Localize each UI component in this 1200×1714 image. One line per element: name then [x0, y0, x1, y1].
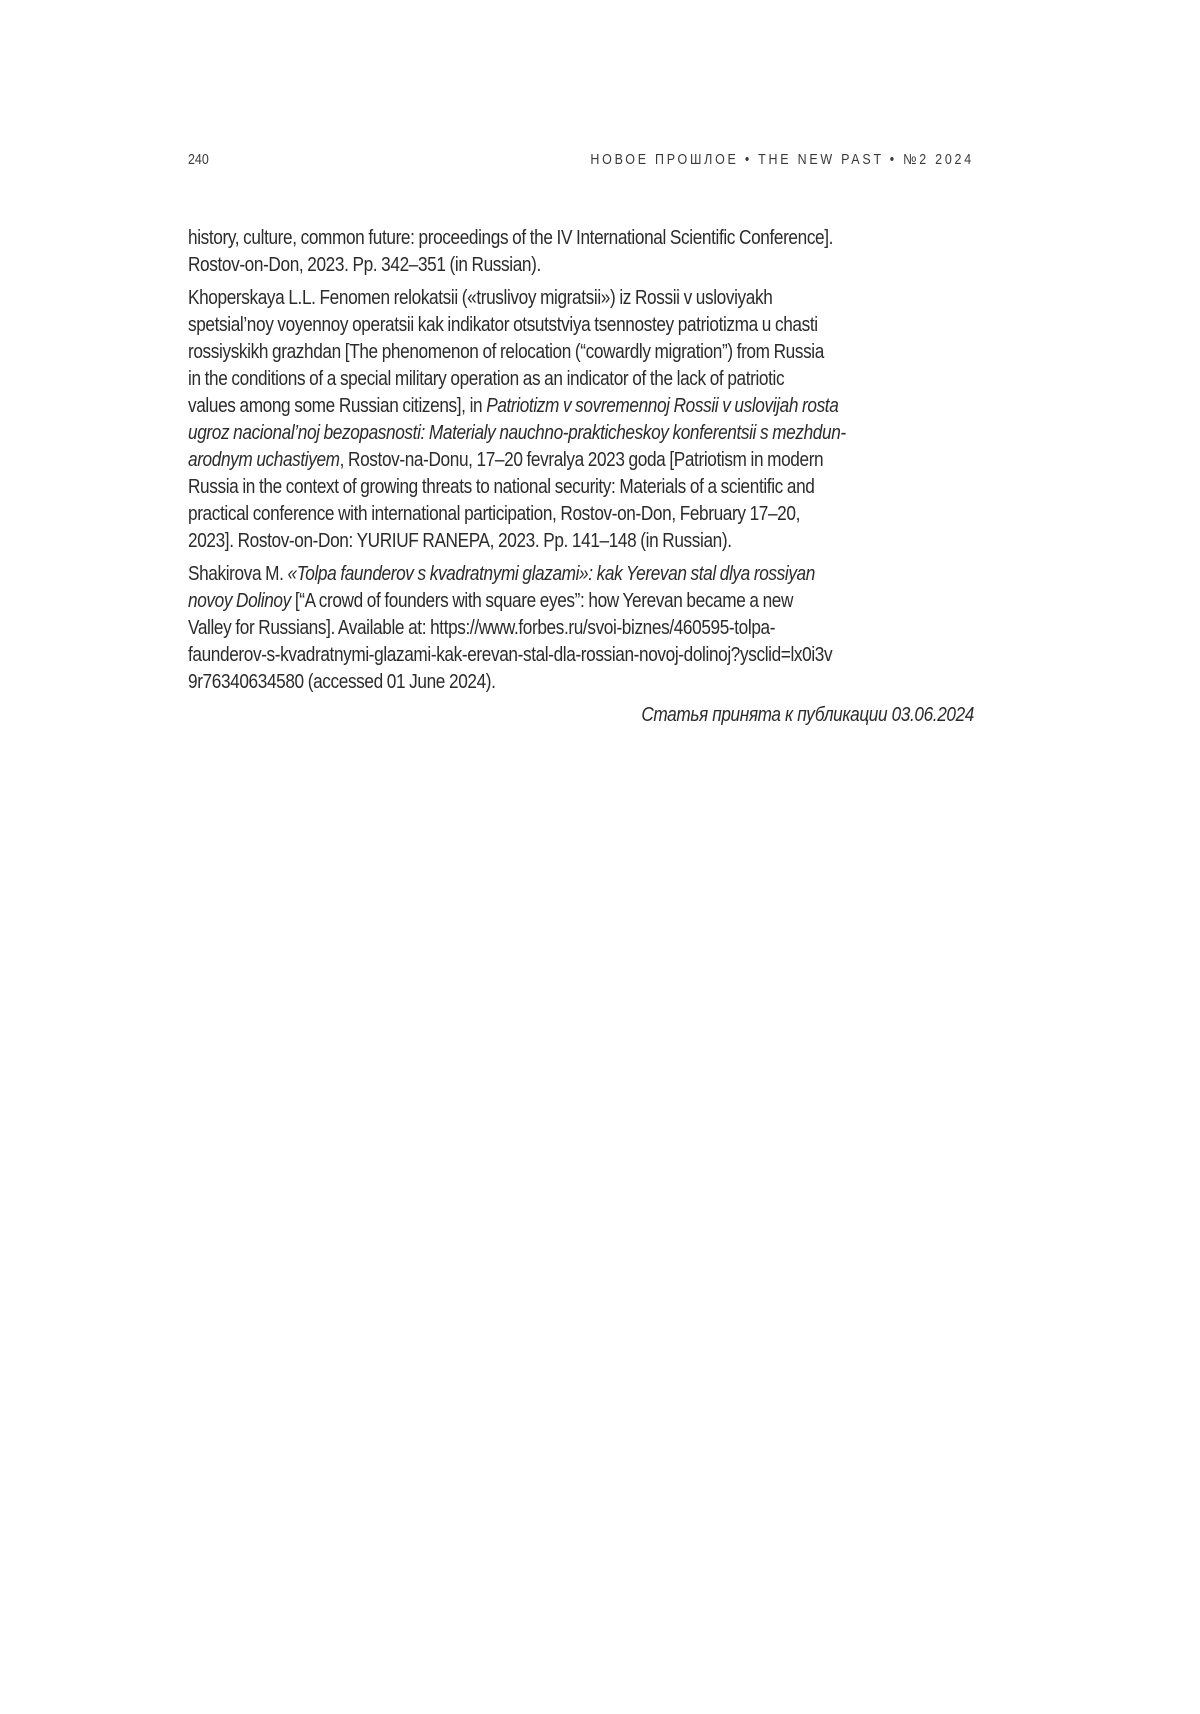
reference-text: rossiyskikh grazhdan [The phenomenon of … [188, 340, 824, 363]
reference-line: in the conditions of a special military … [188, 365, 848, 392]
running-header: 240 НОВОЕ ПРОШЛОЕ • THE NEW PAST • №2 20… [188, 152, 974, 172]
reference-text: Russia in the context of growing threats… [188, 475, 814, 498]
reference-line: Russia in the context of growing threats… [188, 473, 848, 500]
reference-line: ugroz nacional’noj bezopasnosti: Materia… [188, 419, 848, 446]
page-number: 240 [188, 152, 209, 168]
reference-line: history, culture, common future: proceed… [188, 224, 848, 251]
reference-text: practical conference with international … [188, 502, 800, 525]
document-page: 240 НОВОЕ ПРОШЛОЕ • THE NEW PAST • №2 20… [0, 0, 1200, 1714]
reference-text: Khoperskaya L.L. Fenomen relokatsii («tr… [188, 286, 772, 309]
reference-text: values among some Russian citizens], in [188, 394, 486, 417]
references-list: history, culture, common future: proceed… [188, 224, 974, 728]
reference-entry-khoperskaya: Khoperskaya L.L. Fenomen relokatsii («tr… [188, 284, 974, 554]
reference-line: Valley for Russians]. Available at: http… [188, 614, 848, 641]
reference-line: Rostov-on-Don, 2023. Pp. 342–351 (in Rus… [188, 251, 848, 278]
reference-text: Shakirova M. [188, 562, 288, 585]
reference-text: [“A crowd of founders with square eyes”:… [291, 589, 793, 612]
italic-title-text: novoy Dolinoy [188, 589, 291, 612]
reference-line: values among some Russian citizens], in … [188, 392, 848, 419]
reference-line: Shakirova M. «Tolpa faunderov s kvadratn… [188, 560, 848, 587]
reference-text: 9r76340634580 (accessed 01 June 2024). [188, 670, 496, 693]
reference-entry-continued: history, culture, common future: proceed… [188, 224, 974, 278]
italic-title-text: arodnym uchastiyem [188, 448, 340, 471]
reference-entry-shakirova: Shakirova M. «Tolpa faunderov s kvadratn… [188, 560, 974, 695]
reference-line: rossiyskikh grazhdan [The phenomenon of … [188, 338, 848, 365]
reference-line: arodnym uchastiyem, Rostov-na-Donu, 17–2… [188, 446, 848, 473]
reference-line: 2023]. Rostov-on-Don: YURIUF RANEPA, 202… [188, 527, 848, 554]
reference-text: , Rostov-na-Donu, 17–20 fevralya 2023 go… [340, 448, 824, 471]
reference-text: Rostov-on-Don, 2023. Pp. 342–351 (in Rus… [188, 253, 541, 276]
reference-line: practical conference with international … [188, 500, 848, 527]
italic-title-text: Patriotizm v sovremennoj Rossii v uslovi… [486, 394, 838, 417]
reference-line: novoy Dolinoy [“A crowd of founders with… [188, 587, 848, 614]
reference-line: 9r76340634580 (accessed 01 June 2024). [188, 668, 848, 695]
reference-line: spetsial’noy voyennoy operatsii kak indi… [188, 311, 848, 338]
italic-title-text: «Tolpa faunderov s kvadratnymi glazami»:… [288, 562, 815, 585]
reference-text: Valley for Russians]. Available at: http… [188, 616, 775, 639]
reference-text: spetsial’noy voyennoy operatsii kak indi… [188, 313, 818, 336]
italic-title-text: ugroz nacional’noj bezopasnosti: Materia… [188, 421, 846, 444]
reference-line: faunderov-s-kvadratnymi-glazami-kak-erev… [188, 641, 848, 668]
reference-line: Khoperskaya L.L. Fenomen relokatsii («tr… [188, 284, 848, 311]
acceptance-note: Статья принята к публикации 03.06.2024 [314, 701, 974, 728]
reference-text: 2023]. Rostov-on-Don: YURIUF RANEPA, 202… [188, 529, 732, 552]
reference-text: faunderov-s-kvadratnymi-glazami-kak-erev… [188, 643, 832, 666]
reference-text: history, culture, common future: proceed… [188, 226, 833, 249]
journal-title: НОВОЕ ПРОШЛОЕ • THE NEW PAST • №2 2024 [591, 152, 974, 168]
reference-text: in the conditions of a special military … [188, 367, 784, 390]
